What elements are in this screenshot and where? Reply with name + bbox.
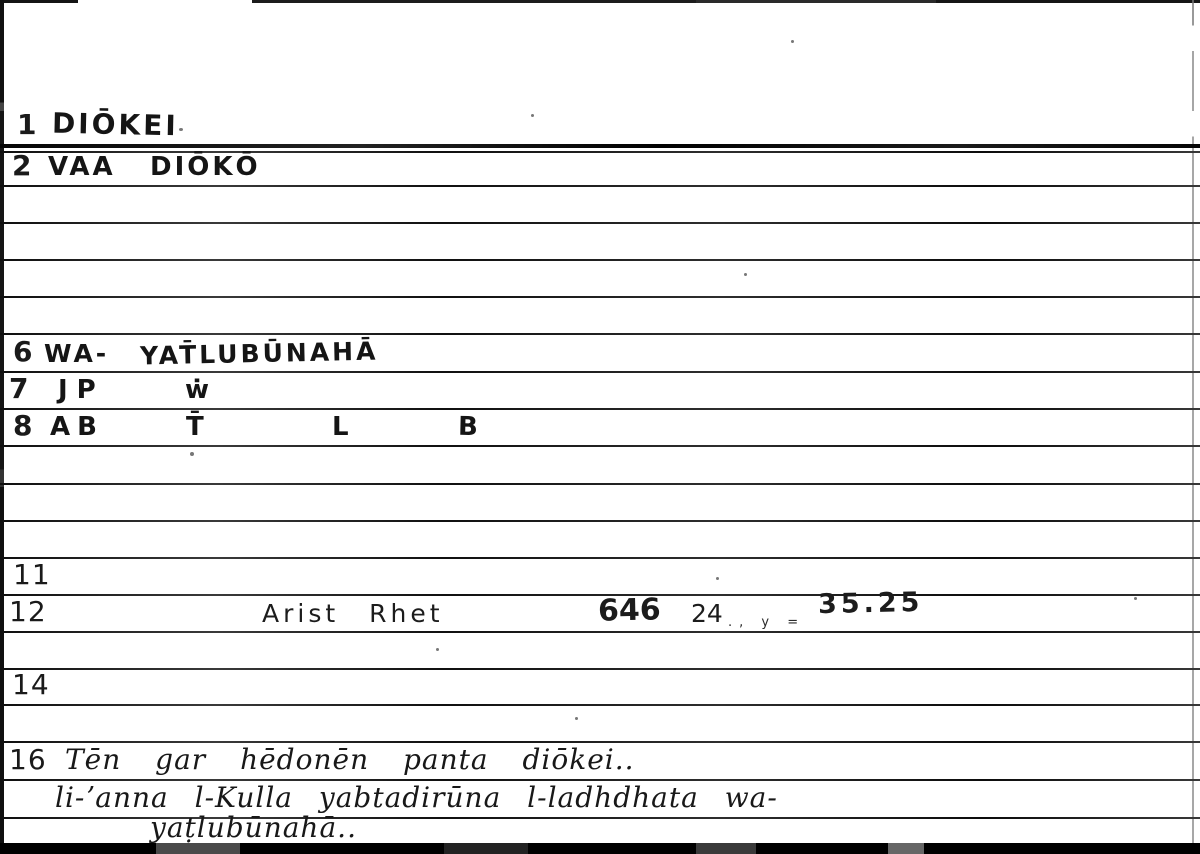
ruled-line bbox=[0, 296, 1200, 298]
card-line-12: 12 Arist Rhet 646 24 ., y = 35.25 bbox=[0, 592, 1200, 631]
card-line-7: 7 JP ẇ bbox=[0, 369, 1200, 408]
quotation-greek: Tēn gar hēdonēn panta diōkei.. bbox=[65, 743, 635, 776]
card-line-6: 6 WA- YAT̄LUBŪNAHĀ bbox=[0, 331, 1200, 371]
line-number: 14 bbox=[12, 668, 50, 701]
entry-word: T̄ bbox=[186, 412, 207, 442]
entry-word: VAA bbox=[48, 152, 116, 182]
entry-word: B bbox=[458, 412, 481, 442]
citation-marks: ., y = bbox=[728, 615, 805, 630]
ruled-line bbox=[0, 520, 1200, 522]
line-number: 11 bbox=[13, 558, 51, 591]
headword: DIŌKEI bbox=[52, 107, 179, 143]
line-number: 16 bbox=[9, 743, 47, 776]
entry-word: JP bbox=[58, 375, 105, 405]
entry-word: L bbox=[332, 412, 352, 442]
ruled-line bbox=[0, 704, 1200, 706]
card-line-16: 16 Tēn gar hēdonēn panta diōkei.. bbox=[0, 737, 1200, 779]
quotation-arabic: li-ʼanna l-Kulla yabtadirūna l-ladhdhata… bbox=[55, 781, 778, 814]
ruled-line bbox=[0, 222, 1200, 224]
line-number: 8 bbox=[13, 409, 32, 442]
ruled-line bbox=[0, 185, 1200, 187]
scan-speck bbox=[436, 648, 439, 651]
line-number: 7 bbox=[9, 372, 28, 405]
entry-word: ẇ bbox=[185, 375, 212, 405]
entry-word: AB bbox=[50, 412, 104, 442]
citation-work: Arist Rhet bbox=[262, 599, 444, 628]
ruled-line bbox=[0, 631, 1200, 633]
ruled-line bbox=[0, 259, 1200, 261]
card-line-18: yaṭlubūnahā.. bbox=[0, 813, 1200, 847]
card-top-edge bbox=[0, 0, 1200, 3]
entry-word: DIŌKŌ bbox=[150, 152, 261, 182]
line-number: 6 bbox=[13, 335, 32, 368]
line-number: 1 bbox=[17, 108, 36, 141]
scan-speck bbox=[791, 40, 794, 43]
scanned-index-card: 1 DIŌKEI 2 VAA DIŌKŌ 6 WA- YAT̄LUBŪNAHĀ … bbox=[0, 0, 1200, 854]
card-line-8: 8 AB T̄ L B bbox=[0, 406, 1200, 445]
line-number: 12 bbox=[9, 595, 47, 628]
scan-speck bbox=[531, 114, 534, 117]
scan-speck bbox=[744, 273, 747, 276]
scan-speck bbox=[716, 577, 719, 580]
entry-word: WA- bbox=[44, 339, 109, 368]
scan-speck bbox=[575, 717, 578, 720]
card-line-11: 11 bbox=[0, 555, 1200, 594]
ruled-line bbox=[0, 445, 1200, 447]
scan-speck bbox=[1134, 597, 1137, 600]
card-line-2: 2 VAA DIŌKŌ bbox=[0, 148, 1200, 185]
scan-speck bbox=[190, 452, 194, 456]
citation-ref: 646 bbox=[598, 592, 661, 628]
card-line-14: 14 bbox=[0, 666, 1200, 704]
citation-value: 35.25 bbox=[818, 587, 924, 620]
ruled-line bbox=[0, 483, 1200, 485]
card-line-1: 1 DIŌKEI bbox=[0, 100, 1200, 144]
citation-line: 24 bbox=[691, 599, 723, 628]
quotation-arabic-continued: yaṭlubūnahā.. bbox=[150, 811, 357, 844]
line-number: 2 bbox=[12, 149, 31, 182]
scan-speck bbox=[179, 128, 183, 131]
entry-word: YAT̄LUBŪNAHĀ bbox=[140, 337, 379, 371]
